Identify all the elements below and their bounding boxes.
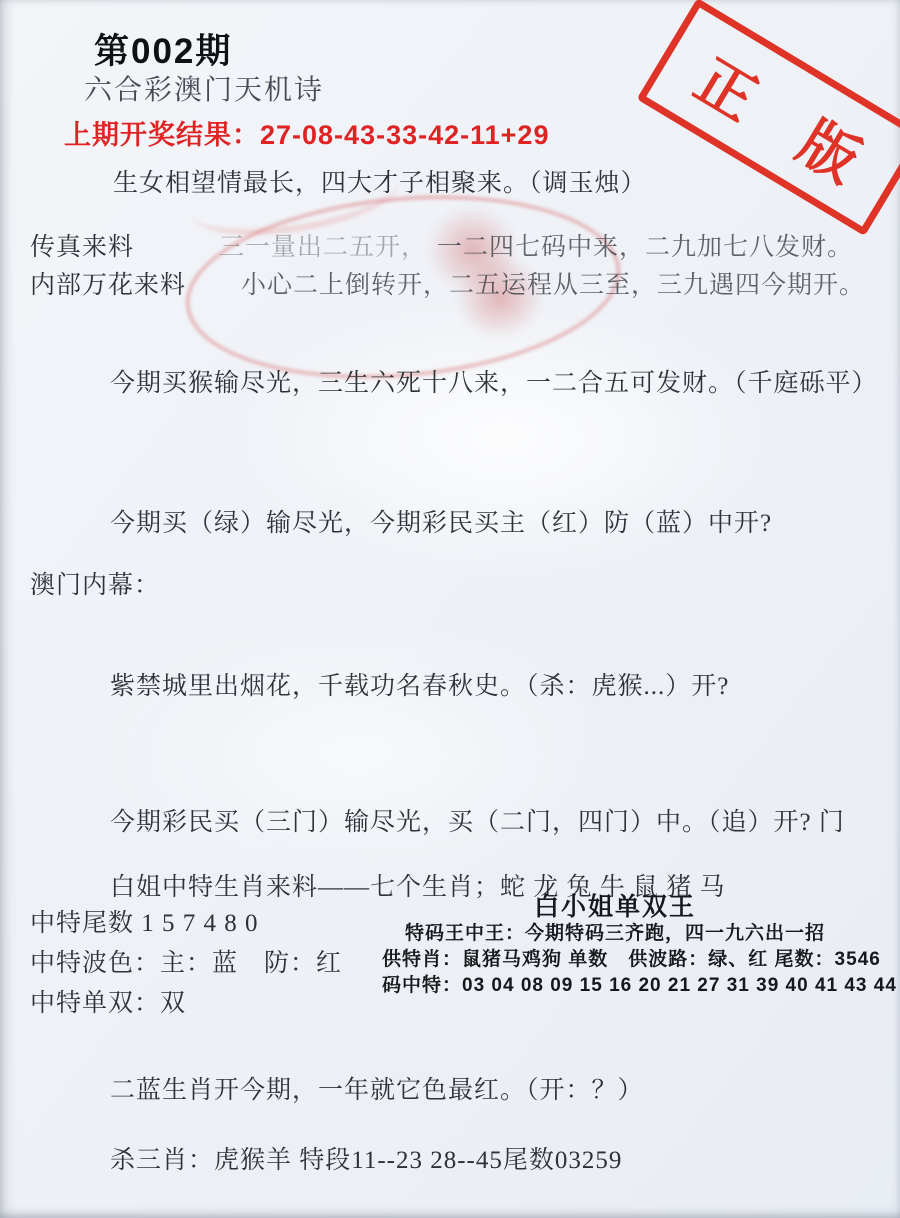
issue-title: 第002期 — [94, 24, 232, 74]
genuine-stamp-text: 正 版 — [682, 35, 880, 200]
lottery-tip-sheet: 正 版 第002期 六合彩澳门天机诗 上期开奖结果：27-08-43-33-42… — [0, 0, 900, 1218]
subtitle: 六合彩澳门天机诗 — [84, 68, 324, 108]
internal-text: 小心二上倒转开，二五运程从三至，三九遇四今期开。 — [241, 272, 865, 299]
macau-insider-label: 澳门内幕： — [30, 565, 160, 601]
doors-line: 今期彩民买（三门）输尽光，买（二门，四门）中。（追）开? 门 — [110, 802, 845, 838]
palace-line: 紫禁城里出烟花，千载功名春秋史。（杀：虎猴...）开? — [110, 666, 729, 702]
blue-zodiac-line: 二蓝生肖开今期，一年就它色最红。（开：？） — [110, 1070, 644, 1106]
internal-line: 内部万花来料小心二上倒转开，二五运程从三至，三九遇四今期开。 — [30, 265, 865, 301]
poem-line-1: 生女相望情最长，四大才子相聚来。（调玉烛） — [113, 163, 647, 199]
color-line: 今期买（绿）输尽光，今期彩民买主（红）防（蓝）中开? — [110, 503, 772, 539]
fax-text: 一二四七码中来，二九加七八发财。 — [437, 234, 853, 261]
genuine-stamp: 正 版 — [637, 0, 900, 236]
internal-label: 内部万花来料 — [30, 272, 186, 299]
fax-line: 传真来料三一量出二五开，一二四七码中来，二九加七八发财。 — [30, 227, 853, 263]
monkey-line: 今期买猴输尽光，三生六死十八来，一二合五可发财。（千庭砾平） — [110, 363, 878, 399]
last-result-line: 上期开奖结果：27-08-43-33-42-11+29 — [64, 113, 549, 152]
kill-three-line: 杀三肖：虎猴羊 特段11--23 28--45尾数03259 — [110, 1140, 622, 1176]
fax-faded-text: 三一量出二五开， — [219, 234, 427, 261]
box-line-3: 码中特：03 04 08 09 15 16 20 21 27 31 39 40 … — [382, 973, 848, 999]
tail-number-line: 中特尾数 1 5 7 4 8 0 — [30, 903, 259, 939]
fax-label: 传真来料 — [30, 234, 134, 261]
box-title: 白小姐单双王 — [382, 893, 848, 921]
baixiaojie-box: 白小姐单双王 特码王中王：今期特码三齐跑，四一九六出一招 供特肖：鼠猪马鸡狗 单… — [382, 893, 848, 999]
parity-line: 中特单双：双 — [30, 983, 186, 1019]
box-line-2: 供特肖：鼠猪马鸡狗 单数 供波路：绿、红 尾数：3546 — [382, 947, 848, 973]
box-line-1: 特码王中王：今期特码三齐跑，四一九六出一招 — [382, 921, 848, 947]
wave-color-line: 中特波色：主：蓝 防：红 — [30, 943, 342, 979]
